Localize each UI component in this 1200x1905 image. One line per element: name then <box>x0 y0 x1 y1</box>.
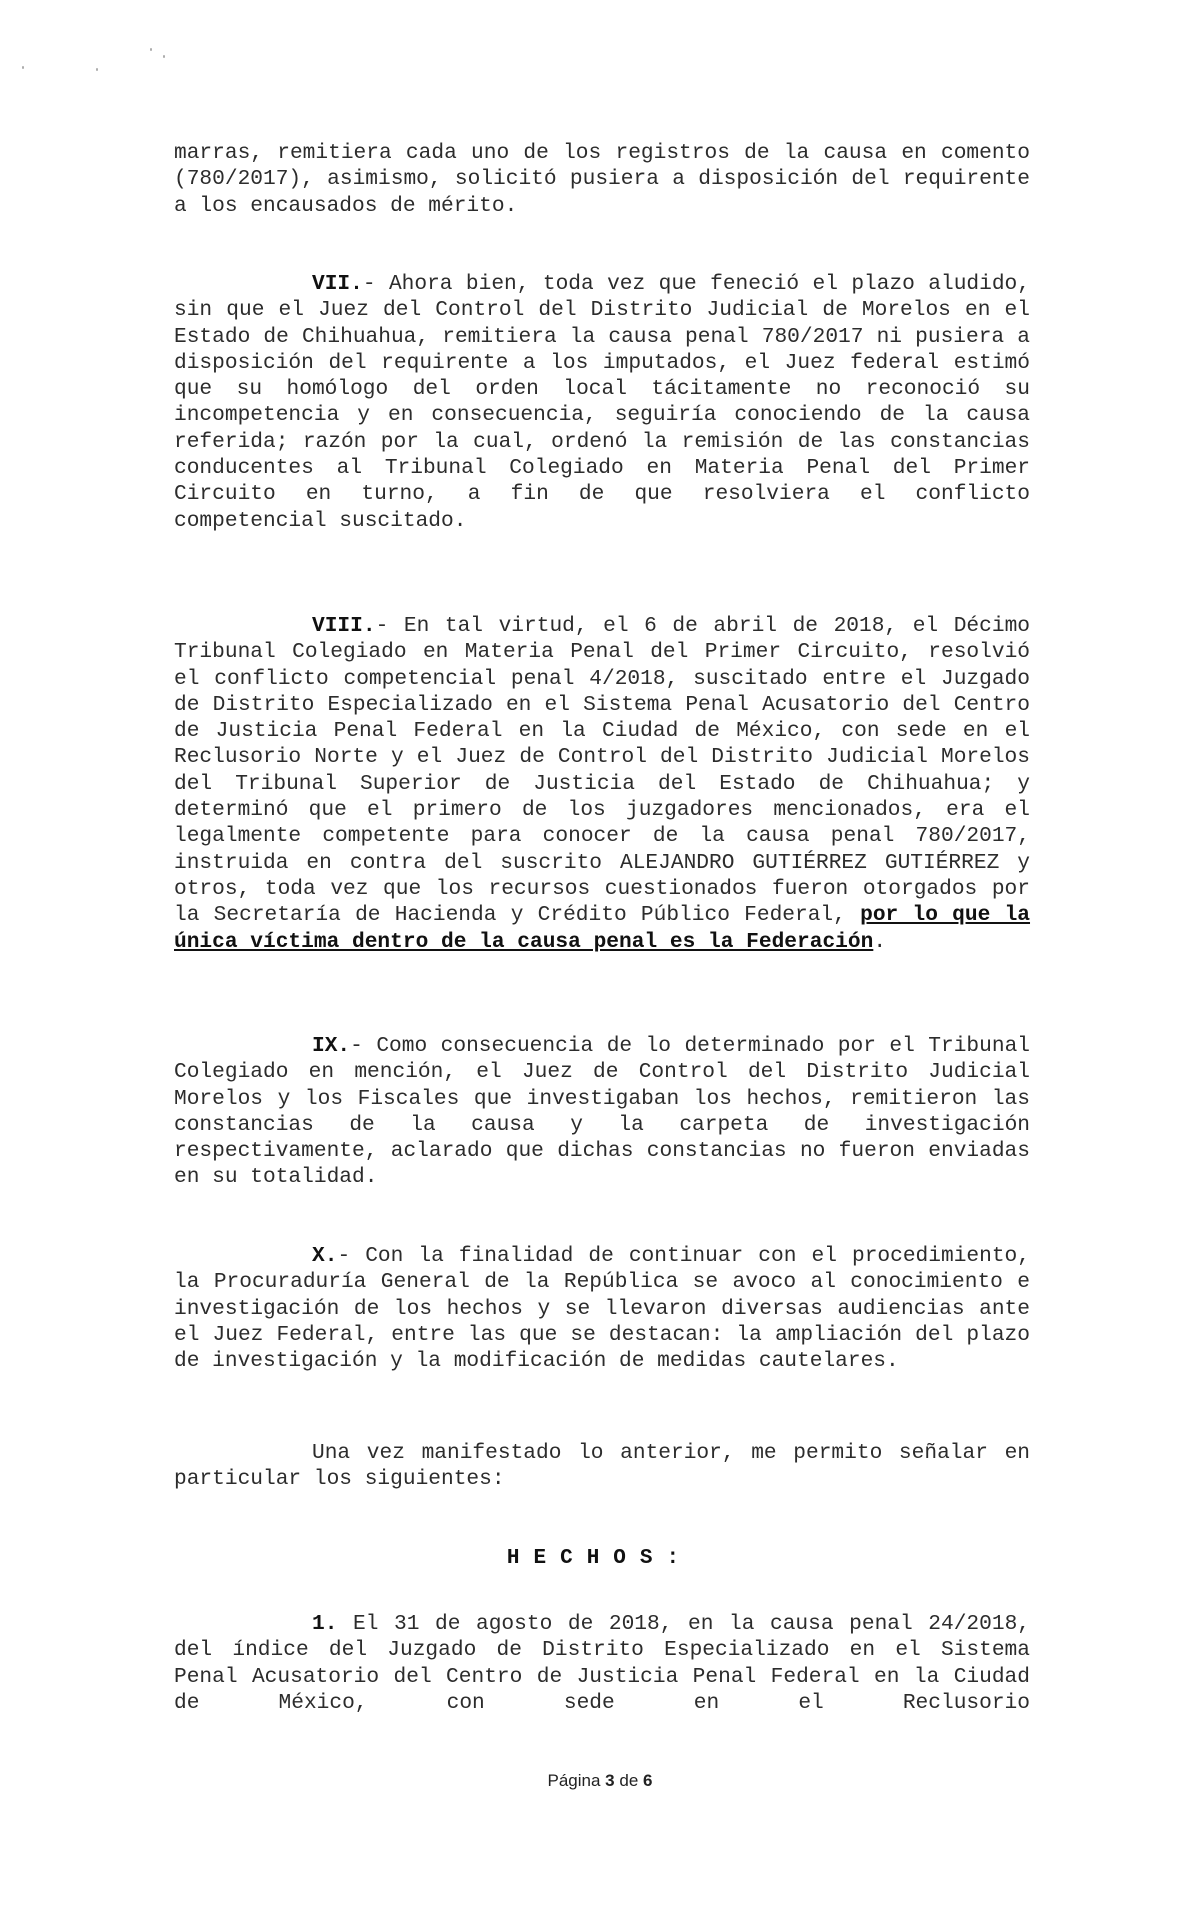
section-heading-hechos: HECHOS: <box>0 1547 1200 1570</box>
paragraph-text: Ahora bien, toda vez que feneció el plaz… <box>174 272 1030 533</box>
current-page-number: 3 <box>605 1771 614 1790</box>
page-label: Página <box>548 1771 601 1790</box>
total-pages-number: 6 <box>643 1771 652 1790</box>
fact-number: 1. <box>312 1612 337 1636</box>
page-footer: Página 3 de 6 <box>0 1771 1200 1791</box>
paragraph-number: VIII. <box>312 614 376 638</box>
continuation-paragraph: marras, remitiera cada uno de los regist… <box>174 140 1030 219</box>
document-page: marras, remitiera cada uno de los regist… <box>0 0 1200 1905</box>
paragraph-number: IX. <box>312 1034 350 1058</box>
scan-speck <box>163 55 165 58</box>
continuation-text: marras, remitiera cada uno de los regist… <box>174 140 1030 219</box>
paragraph-viii: VIII.- En tal virtud, el 6 de abril de 2… <box>174 613 1030 955</box>
scan-speck <box>22 66 24 69</box>
transition-paragraph: Una vez manifestado lo anterior, me perm… <box>174 1440 1030 1493</box>
fact-1: 1. El 31 de agosto de 2018, en la causa … <box>174 1611 1030 1716</box>
transition-text: Una vez manifestado lo anterior, me perm… <box>174 1441 1030 1491</box>
scan-speck <box>150 48 152 51</box>
paragraph-vii: VII.- Ahora bien, toda vez que feneció e… <box>174 271 1030 534</box>
paragraph-text: En tal virtud, el 6 de abril de 2018, el… <box>174 614 1030 927</box>
fact-text: El 31 de agosto de 2018, en la causa pen… <box>174 1612 1030 1715</box>
paragraph-x: X.- Con la finalidad de continuar con el… <box>174 1243 1030 1374</box>
paragraph-ix: IX.- Como consecuencia de lo determinado… <box>174 1033 1030 1191</box>
paragraph-number: VII. <box>312 272 363 296</box>
paragraph-text: Con la finalidad de continuar con el pro… <box>174 1244 1030 1373</box>
scan-speck <box>96 68 98 71</box>
paragraph-number: X. <box>312 1244 337 1268</box>
paragraph-text: Como consecuencia de lo determinado por … <box>174 1034 1030 1189</box>
